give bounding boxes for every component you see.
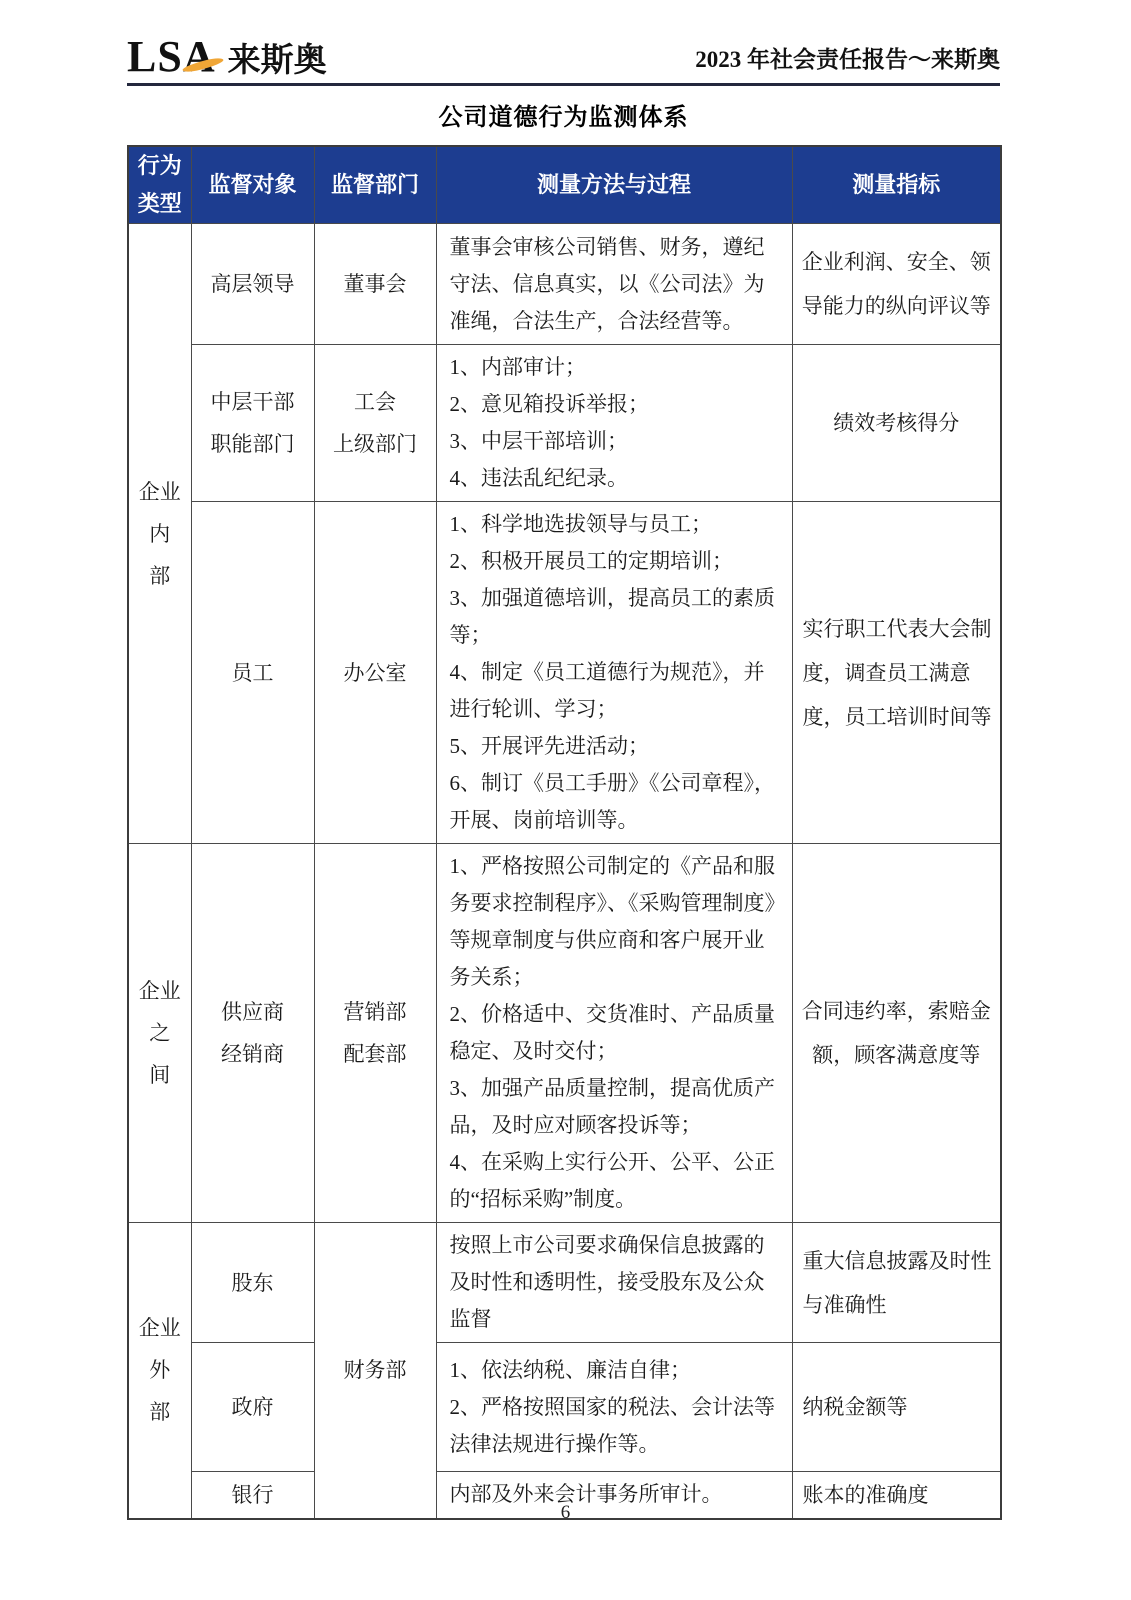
table-row: 企业之 间 供应商 经销商 营销部 配套部 1、严格按照公司制定的《产品和服务要…: [128, 844, 1001, 1223]
table-row: 政府 1、依法纳税、廉洁自律； 2、严格按照国家的税法、会计法等法律法规进行操作…: [128, 1343, 1001, 1472]
col-header-supervising-dept: 监督部门: [314, 146, 436, 224]
report-page: LSA 来斯奥 2023 年社会责任报告～来斯奥 公司道德行为监测体系 行为 类…: [0, 0, 1131, 1600]
cell-metric: 重大信息披露及时性与准确性: [792, 1223, 1001, 1343]
cell-dept: 营销部 配套部: [314, 844, 436, 1223]
table-row: 员工 办公室 1、科学地选拔领导与员工； 2、积极开展员工的定期培训； 3、加强…: [128, 502, 1001, 844]
col-header-behavior-type: 行为 类型: [128, 146, 191, 224]
cell-metric: 纳税金额等: [792, 1343, 1001, 1472]
group-cell-external: 企业外 部: [128, 1223, 191, 1519]
cell-metric: 绩效考核得分: [792, 345, 1001, 502]
cell-object: 股东: [191, 1223, 314, 1343]
col-header-supervised-object: 监督对象: [191, 146, 314, 224]
page-content: LSA 来斯奥 2023 年社会责任报告～来斯奥 公司道德行为监测体系 行为 类…: [127, 0, 1000, 1520]
cell-metric: 实行职工代表大会制度，调查员工满意度，员工培训时间等: [792, 502, 1001, 844]
group-cell-between-enterprises: 企业之 间: [128, 844, 191, 1223]
table-header-row: 行为 类型 监督对象 监督部门 测量方法与过程 测量指标: [128, 146, 1001, 224]
page-header: LSA 来斯奥 2023 年社会责任报告～来斯奥: [127, 0, 1000, 86]
logo-lsa-mark: LSA: [127, 35, 216, 79]
cell-metric: 合同违约率，索赔金额，顾客满意度等: [792, 844, 1001, 1223]
cell-object: 中层干部 职能部门: [191, 345, 314, 502]
cell-metric: 企业利润、安全、领导能力的纵向评议等: [792, 224, 1001, 345]
cell-object: 高层领导: [191, 224, 314, 345]
cell-dept: 工会 上级部门: [314, 345, 436, 502]
table-row: 企业外 部 股东 财务部 按照上市公司要求确保信息披露的及时性和透明性，接受股东…: [128, 1223, 1001, 1343]
col-header-method-process: 测量方法与过程: [436, 146, 792, 224]
logo-lsa-text: LSA: [127, 32, 216, 81]
col-header-metric: 测量指标: [792, 146, 1001, 224]
logo-company-name: 来斯奥: [228, 43, 327, 76]
report-header-text: 2023 年社会责任报告～来斯奥: [695, 41, 1000, 79]
cell-dept-merged: 财务部: [314, 1223, 436, 1519]
ethics-monitoring-table: 行为 类型 监督对象 监督部门 测量方法与过程 测量指标 企业内 部 高层领导 …: [127, 145, 1002, 1520]
cell-dept: 办公室: [314, 502, 436, 844]
cell-method: 按照上市公司要求确保信息披露的及时性和透明性，接受股东及公众监督: [436, 1223, 792, 1343]
cell-object: 供应商 经销商: [191, 844, 314, 1223]
cell-object: 员工: [191, 502, 314, 844]
company-logo: LSA 来斯奥: [127, 35, 327, 79]
cell-method: 董事会审核公司销售、财务，遵纪守法、信息真实，以《公司法》为准绳，合法生产，合法…: [436, 224, 792, 345]
cell-method: 1、依法纳税、廉洁自律； 2、严格按照国家的税法、会计法等法律法规进行操作等。: [436, 1343, 792, 1472]
table-row: 企业内 部 高层领导 董事会 董事会审核公司销售、财务，遵纪守法、信息真实，以《…: [128, 224, 1001, 345]
table-row: 中层干部 职能部门 工会 上级部门 1、内部审计； 2、意见箱投诉举报； 3、中…: [128, 345, 1001, 502]
cell-method: 1、内部审计； 2、意见箱投诉举报； 3、中层干部培训； 4、违法乱纪纪录。: [436, 345, 792, 502]
page-title: 公司道德行为监测体系: [127, 97, 1000, 132]
group-cell-internal: 企业内 部: [128, 224, 191, 844]
cell-method: 1、科学地选拔领导与员工； 2、积极开展员工的定期培训； 3、加强道德培训，提高…: [436, 502, 792, 844]
cell-object: 政府: [191, 1343, 314, 1472]
cell-dept: 董事会: [314, 224, 436, 345]
page-number: 6: [0, 1502, 1131, 1524]
cell-method: 1、严格按照公司制定的《产品和服务要求控制程序》、《采购管理制度》等规章制度与供…: [436, 844, 792, 1223]
